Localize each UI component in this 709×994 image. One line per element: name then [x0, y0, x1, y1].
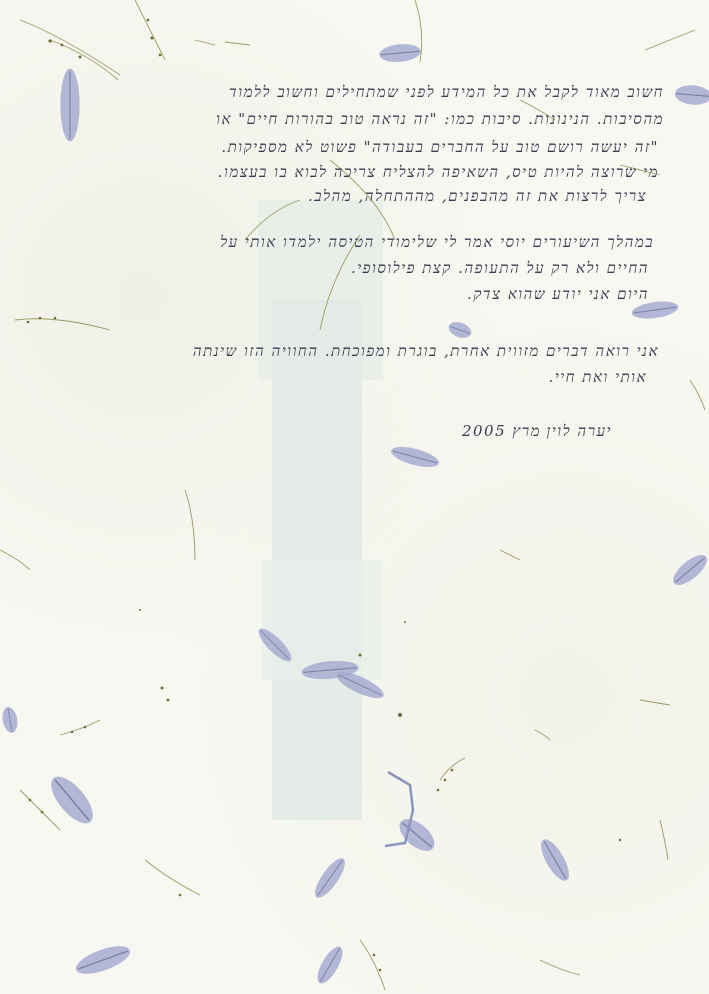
letter-line: חשוב מאוד לקבל את כל המידע לפני שמתחילים… [229, 83, 664, 102]
letter-line: אני רואה דברים מזווית אחרת, בוגרת ומפוכח… [193, 342, 659, 361]
letter-body: חשוב מאוד לקבל את כל המידע לפני שמתחילים… [0, 0, 709, 994]
letter-line: היום אני יודע שהוא צדק. [467, 285, 649, 304]
letter-line: מהסיבות. הנינונות. סיבות כמו: "זה נראה ט… [216, 110, 664, 129]
letter-line: צריך לרצות את זה מהבפנים, מההתחלה, מהלב. [308, 187, 647, 206]
letter-line: אותי ואת חיי. [549, 368, 647, 387]
letter-line: החיים ולא רק על התעופה. קצת פילוסופי. [351, 259, 649, 278]
letter-line: מי שרוצה להיות טיס, השאיפה להצליח צריכה … [218, 163, 659, 182]
letter-line: במהלך השיעורים יוסי אמר לי שלימודי הטיסה… [220, 233, 654, 252]
signature-name: יערה לוין [547, 422, 612, 441]
letter-line: "זה יעשה רושם טוב על החברים בעבודה" פשוט… [221, 138, 659, 157]
signature-date: מרץ 2005 [462, 422, 541, 441]
